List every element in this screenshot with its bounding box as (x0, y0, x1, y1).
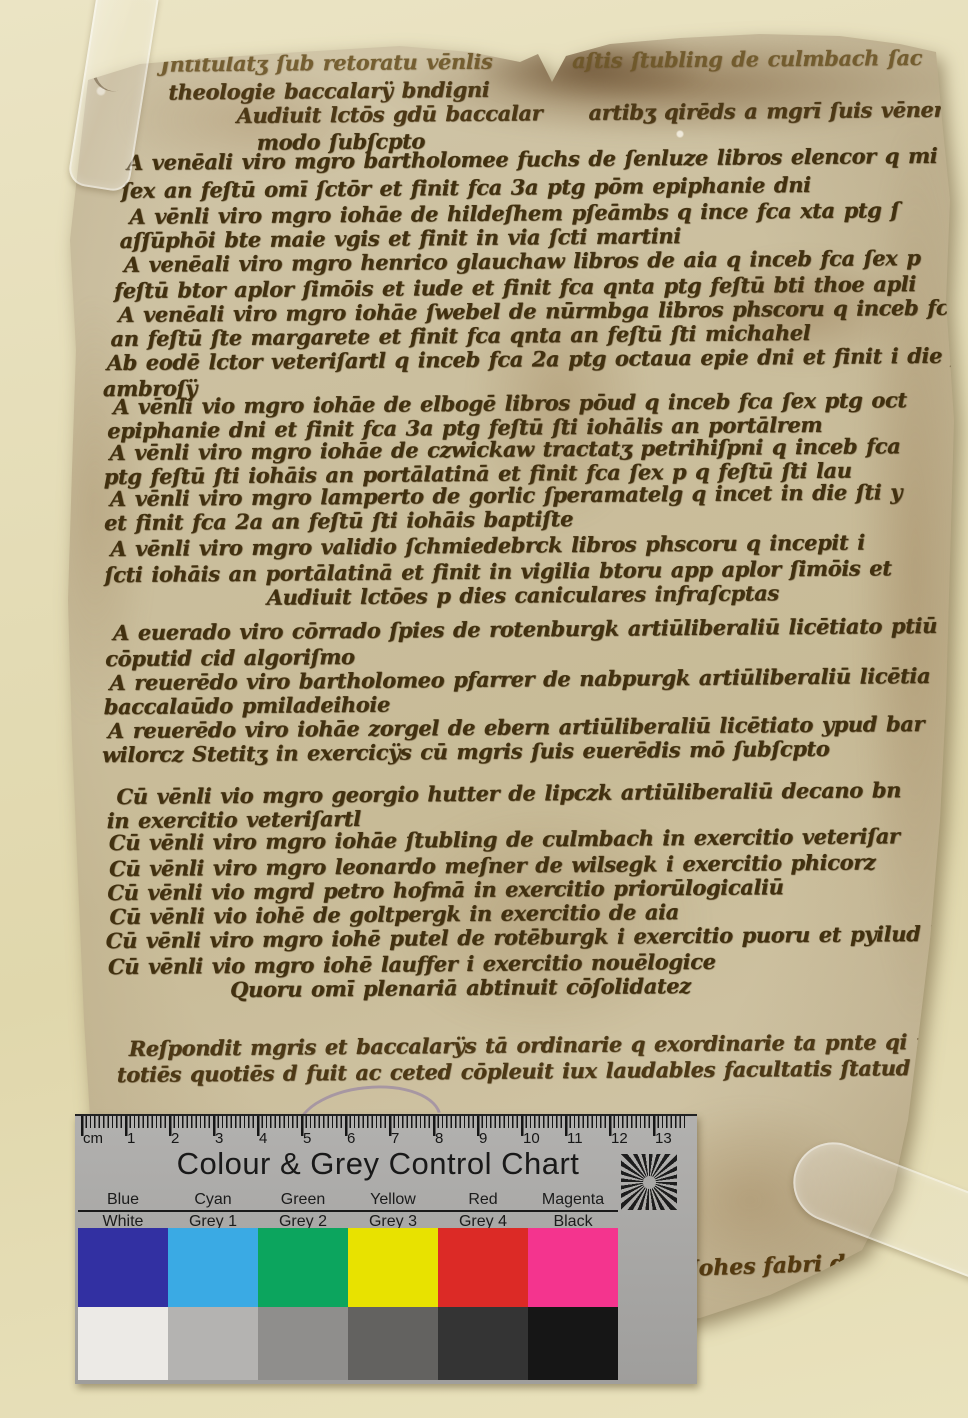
chart-title: Colour & Grey Control Chart (133, 1146, 623, 1182)
color-label: Cyan (168, 1191, 258, 1209)
color-label: Blue (78, 1191, 168, 1209)
manuscript-line: et finit fca 2a an feſtū ſti iohāis bapt… (104, 506, 573, 535)
manuscript-line: Cū vēnli vio mgro georgio hutter de lipc… (116, 777, 901, 809)
color-swatch-row (78, 1228, 618, 1307)
grey-swatch (438, 1307, 528, 1380)
manuscript-line: Jntitulatʒ ſub retoratu vēnlis (160, 49, 493, 77)
color-label: Red (438, 1191, 528, 1209)
manuscript-line: A euerado viro cōrrado ſpies de rotenbur… (113, 613, 937, 645)
ruler-number: 3 (215, 1130, 223, 1147)
manuscript-line: aſtis ſtubling de culmbach ſac (572, 45, 922, 73)
ruler-number: 13 (655, 1130, 672, 1147)
colour-control-chart: cm 12345678910111213 Colour & Grey Contr… (75, 1114, 697, 1384)
ruler-number: 8 (435, 1130, 443, 1147)
ruler-number: 11 (567, 1130, 583, 1147)
grey-swatch (78, 1307, 168, 1380)
manuscript-line: baccalaūdo pmiladeihoie (104, 692, 390, 719)
ruler-number: 12 (611, 1130, 628, 1147)
color-swatch (528, 1228, 618, 1307)
color-swatch (168, 1228, 258, 1307)
ruler-number: 7 (391, 1130, 399, 1147)
photographed-manuscript-page: 1 Jntitulatʒ ſub retoratu vēnlisaſtis ſt… (0, 0, 968, 1418)
color-swatch (258, 1228, 348, 1307)
manuscript-line: Quoru omī plenariā abtinuit cōſolidatez (230, 973, 691, 1002)
grey-swatch (168, 1307, 258, 1380)
siemens-star-icon (621, 1154, 677, 1210)
color-swatch (438, 1228, 528, 1307)
ruler: cm 12345678910111213 (75, 1114, 697, 1150)
label-divider (78, 1210, 618, 1212)
color-swatch (78, 1228, 168, 1307)
ruler-number: 4 (259, 1130, 267, 1147)
manuscript-line: cōputid cid algoriſmo (105, 644, 355, 671)
ruler-unit-label: cm (83, 1130, 103, 1147)
manuscript-line: Audiuit lctōs gdū baccalar (236, 100, 542, 128)
ruler-number: 5 (303, 1130, 311, 1147)
ruler-number: 10 (523, 1130, 540, 1147)
grey-swatch-row (78, 1307, 618, 1380)
color-label-row: BlueCyanGreenYellowRedMagenta (78, 1191, 618, 1209)
ruler-number: 1 (127, 1130, 135, 1147)
manuscript-line: Audiuit lctōes p dies caniculares infraſ… (267, 580, 779, 609)
manuscript-line: artibʒ qirēds a mgrī ſuis vēnerabi (588, 97, 968, 125)
grey-swatch (528, 1307, 618, 1380)
manuscript-line: wilorcz Stetitʒ in exercicÿs cū mgris ſu… (102, 736, 830, 767)
ruler-number: 6 (347, 1130, 355, 1147)
color-label: Yellow (348, 1191, 438, 1209)
grey-swatch (348, 1307, 438, 1380)
color-swatch (348, 1228, 438, 1307)
ruler-number: 9 (479, 1130, 487, 1147)
color-label: Magenta (528, 1191, 618, 1209)
ruler-number: 2 (171, 1130, 179, 1147)
manuscript-line: A venēali viro mgro bartholomee fuchs de… (127, 143, 938, 175)
color-label: Green (258, 1191, 348, 1209)
grey-swatch (258, 1307, 348, 1380)
